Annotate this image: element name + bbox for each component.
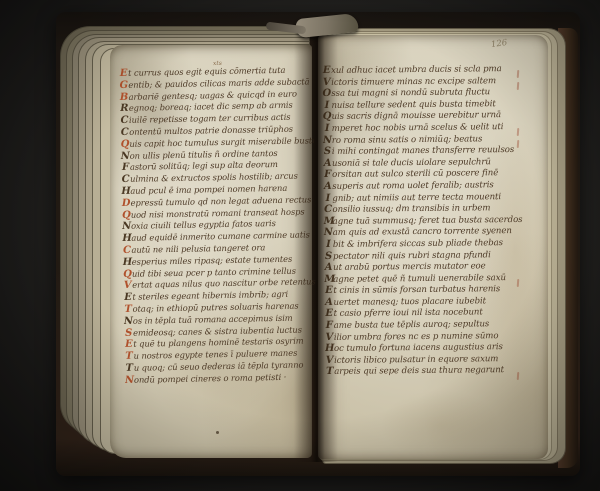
verse-initial: N [324,227,333,239]
verse-initial: E [325,308,334,320]
verse-initial: F [325,320,334,332]
verse-initial: H [325,343,334,355]
verse-initial: S [124,327,133,339]
verse-initial: H [121,186,130,198]
verse-initial: I [324,239,333,251]
verse-initial: C [120,115,129,127]
margin-marks [517,70,523,390]
verse-initial: M [324,274,333,286]
verse-initial: V [123,280,132,292]
verse-initial: Q [120,139,129,151]
verse-initial: N [121,150,130,162]
verse-initial: V [325,355,334,367]
margin-mark [517,82,520,90]
verse-initial: E [119,68,128,80]
verse-initial: A [324,262,333,274]
margin-mark [517,70,520,78]
verse-initial: O [322,88,331,100]
verse-initial: M [324,216,333,228]
verse-initial: C [120,127,129,139]
verse-initial: D [121,198,130,210]
verse-initial: N [125,374,134,386]
verse-initial: Q [123,268,132,280]
verse-initial: T [124,304,133,316]
verse-initial: S [323,146,332,158]
verse-initial: H [123,257,132,269]
verse-initial: V [322,76,331,88]
verse-initial: C [121,174,130,186]
margin-mark [517,128,520,136]
verse-line: N ondū pompei cineres o roma petisti · [125,371,318,386]
verse-initial: I [323,192,332,204]
verse-initial: E [123,292,132,304]
verse-initial: E [124,339,133,351]
margin-mark [517,140,520,148]
verse-text: ondū pompei cineres o roma petisti · [134,372,286,387]
verse-initial: F [121,162,130,174]
verse-text: arpeis qui sepe deis sua thura negarunt [334,366,504,379]
verse-initial: G [119,80,128,92]
margin-mark [517,279,520,287]
verse-initial: I [322,100,331,112]
verse-initial: T [325,366,334,378]
verse-initial: A [323,158,332,170]
verse-initial: B [119,91,128,103]
verse-initial: A [323,181,332,193]
verse-initial: N [323,134,332,146]
verse-initial: F [323,169,332,181]
verse-initial: H [122,233,131,245]
verse-initial: A [324,297,333,309]
verse-initial: C [323,204,332,216]
verse-initial: N [124,316,133,328]
verse-initial: C [122,245,131,257]
verse-initial: Q [322,111,331,123]
margin-mark [517,372,520,380]
verse-initial: V [325,332,334,344]
verse-initial: T [124,351,133,363]
left-page-text: E t currus quos egit equis cōmertia tuta… [119,64,318,390]
verse-initial: R [120,103,129,115]
verse-initial: E [322,65,331,77]
verse-initial: Q [122,209,131,221]
verse-initial: E [324,285,333,297]
manuscript-photo: E t currus quos egit equis cōmertia tuta… [0,0,600,491]
interlinear-gloss: xts [213,60,222,67]
verse-initial: I [323,123,332,135]
verse-initial: T [125,363,134,375]
verse-initial: N [122,221,131,233]
verse-initial: S [324,250,333,262]
